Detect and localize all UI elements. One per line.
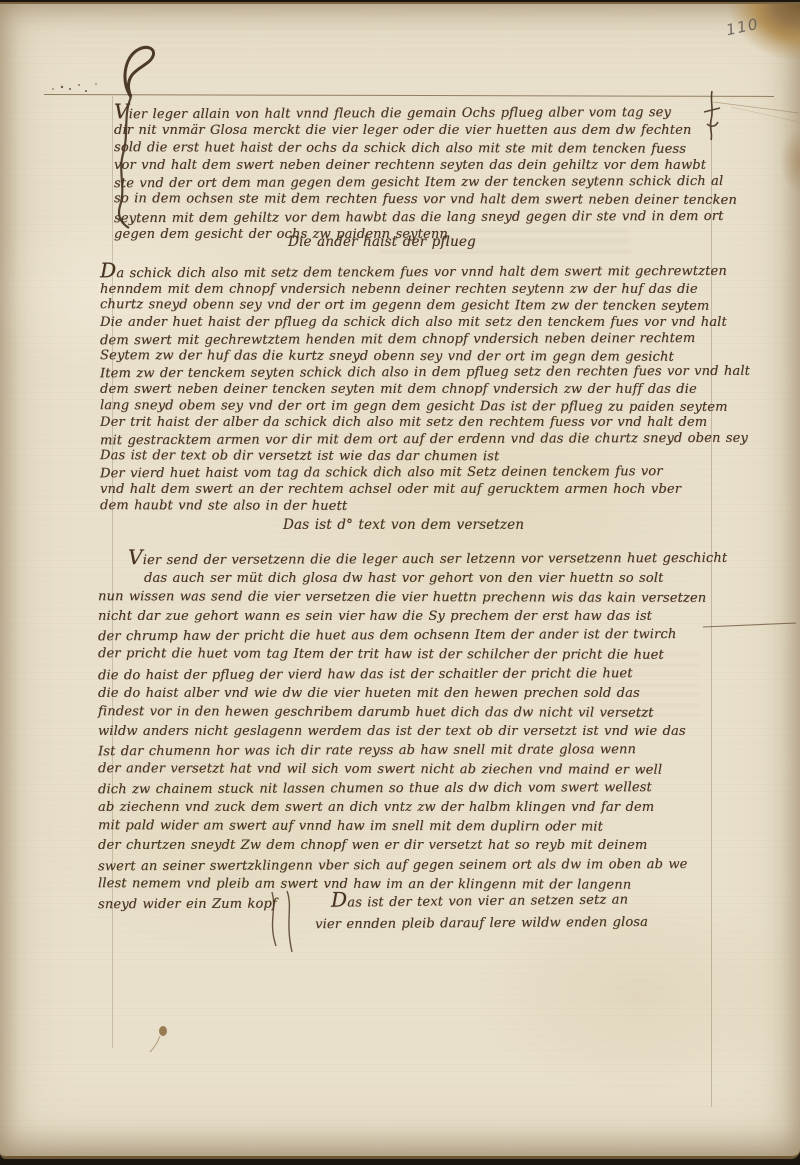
manuscript-line: das auch ser müt dich glosa dw hast vor … <box>98 569 727 588</box>
manuscript-line: Vier send der versetzenn die die leger a… <box>98 545 727 571</box>
manuscript-line: dem swert mit gechrewtztem henden mit de… <box>100 331 750 350</box>
manuscript-line: Das ist der text von vier an setzen setz… <box>315 886 648 914</box>
manuscript-line: Ist dar chumenn hor was ich dir rate rey… <box>98 740 727 762</box>
paragraph-versetzen-gloss: Vier send der versetzenn die die leger a… <box>98 546 727 913</box>
right-edge-stain <box>774 122 800 200</box>
manuscript-line: mit pald wider am swert auf vnnd haw im … <box>98 816 727 837</box>
manuscript-line: Der trit haist der alber da schick dich … <box>100 415 750 432</box>
manuscript-line: dem swert neben deiner tencken seyten mi… <box>100 382 750 399</box>
folio-number: 110 <box>724 15 760 39</box>
closing-rubric: Das ist der text von vier an setzen setz… <box>315 887 648 935</box>
corner-stain <box>708 2 800 82</box>
manuscript-line: der churtzen sneydt Zw dem chnopf wen er… <box>98 836 727 855</box>
manuscript-line: dich zw chainem stuck nit lassen chumen … <box>98 778 727 800</box>
manuscript-line: dem haubt vnd ste also in der huett <box>100 498 750 517</box>
manuscript-line: lang sneyd obem sey vnd der ort im gegn … <box>100 398 750 417</box>
paragraph-four-guards: Vier leger allain von halt vnnd fleuch d… <box>114 100 737 243</box>
manuscript-line: der ander versetzt hat vnd wil sich vom … <box>98 759 727 780</box>
paragraph-guards-detail: Da schick dich also mit setz dem tenckem… <box>100 259 750 516</box>
manuscript-line: churtz sneyd obenn sey vnd der ort im ge… <box>100 297 750 316</box>
manuscript-page: 110 Vier leger allain von halt vnnd fleu… <box>0 2 800 1159</box>
ink-specks <box>52 83 97 92</box>
manuscript-line: vier ennden pleib darauf lere wildw ende… <box>315 911 648 935</box>
ink-blot <box>150 1026 167 1052</box>
manuscript-line: vnd halt dem swert an der rechtem achsel… <box>100 482 750 499</box>
manuscript-line: nun wissen was send die vier versetzen d… <box>98 587 727 608</box>
manuscript-line: mit gestracktem armen vor dir mit dem or… <box>100 431 750 450</box>
manuscript-line: die do haist alber vnd wie dw die vier h… <box>98 684 727 703</box>
manuscript-line: Vier leger allain von halt vnnd fleuch d… <box>114 99 737 124</box>
paper-crack-line <box>731 107 799 122</box>
manuscript-line: findest vor in den hewen geschribem daru… <box>98 702 727 723</box>
manuscript-line: Die ander huet haist der pflueg da schic… <box>100 315 750 332</box>
manuscript-line: die do haist der pflueg der vierd haw da… <box>98 663 727 685</box>
manuscript-line: der pricht die huet vom tag Item der tri… <box>98 645 727 666</box>
pen-flourish-top <box>125 47 154 97</box>
manuscript-line: sold die erst huet haist der ochs da sch… <box>114 139 737 158</box>
manuscript-line: so in dem ochsen ste mit dem rechten fue… <box>114 191 737 210</box>
heading-versetzen: Das ist d° text von dem versetzen <box>283 517 524 533</box>
manuscript-photo: { "page": { "folio_number": "110", "sect… <box>0 0 800 1165</box>
manuscript-line: wildw anders nicht geslagenn werdem das … <box>98 722 727 741</box>
manuscript-line: nicht dar zue gehort wann es sein vier h… <box>98 607 727 626</box>
heading-pflug: Die ander haist der pflueg <box>288 234 476 250</box>
manuscript-line: Der vierd huet haist vom tag da schick d… <box>100 464 750 483</box>
manuscript-line: ab ziechenn vnd zuck dem swert an dich v… <box>98 798 727 817</box>
manuscript-line: vor vnd halt dem swert neben deiner rech… <box>114 157 737 174</box>
manuscript-line: Item zw der tenckem seyten schick dich a… <box>100 364 750 383</box>
manuscript-line: Da schick dich also mit setz dem tenckem… <box>100 258 750 283</box>
manuscript-line: swert an seiner swertzklingenn vber sich… <box>98 854 727 876</box>
manuscript-line: dir nit vnmär Glosa merckt die vier lege… <box>114 122 737 139</box>
manuscript-line: henndem mit dem chnopf vndersich nebenn … <box>100 282 750 299</box>
ruling-line-top <box>44 94 774 97</box>
manuscript-line: seytenn mit dem gehiltz vor dem hawbt da… <box>114 208 737 228</box>
